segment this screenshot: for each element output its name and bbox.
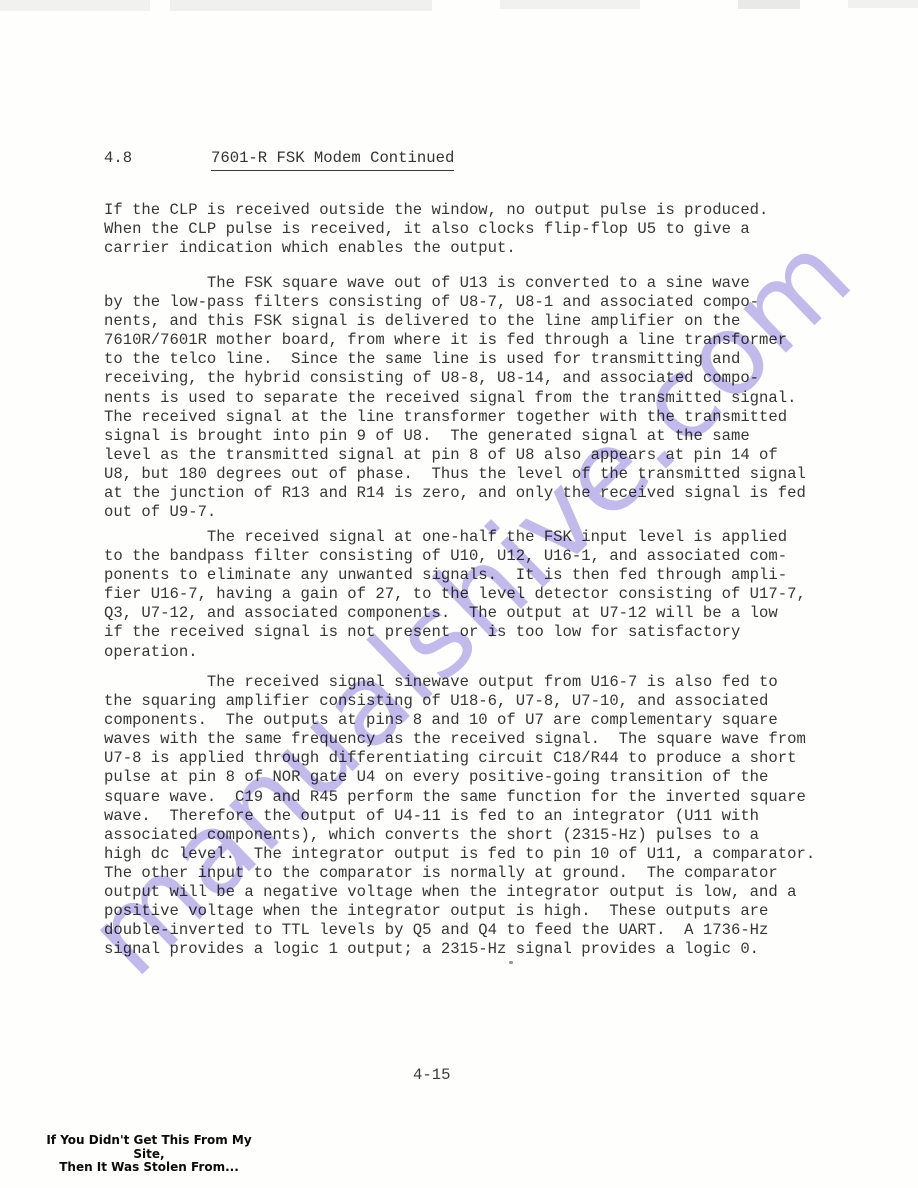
scan-artifact-band: [0, 0, 150, 11]
scan-artifact-band: [738, 0, 800, 9]
paragraph-3: The received signal at one-half the FSK …: [104, 528, 806, 662]
scan-artifact-band: [170, 0, 432, 11]
scan-speck: [509, 961, 513, 964]
scan-artifact-band: [500, 0, 640, 9]
paragraph-2: The FSK square wave out of U13 is conver…: [104, 274, 806, 522]
paragraph-4: The received signal sinewave output from…: [104, 673, 815, 959]
section-heading-row: 4.8 7601-R FSK Modem Continued: [0, 149, 918, 171]
page-number: 4-15: [413, 1066, 450, 1084]
footer-line-1: If You Didn't Get This From My Site,: [36, 1134, 262, 1161]
paragraph-1: If the CLP is received outside the windo…: [104, 201, 768, 258]
section-number: 4.8: [104, 149, 132, 167]
footer-line-2: Then It Was Stolen From...: [36, 1161, 262, 1175]
section-title: 7601-R FSK Modem Continued: [211, 149, 454, 171]
scan-edge-marks: [878, 0, 918, 1188]
footer-note: If You Didn't Get This From My Site, The…: [36, 1134, 262, 1175]
scanned-manual-page: 4.8 7601-R FSK Modem Continued If the CL…: [0, 0, 918, 1188]
